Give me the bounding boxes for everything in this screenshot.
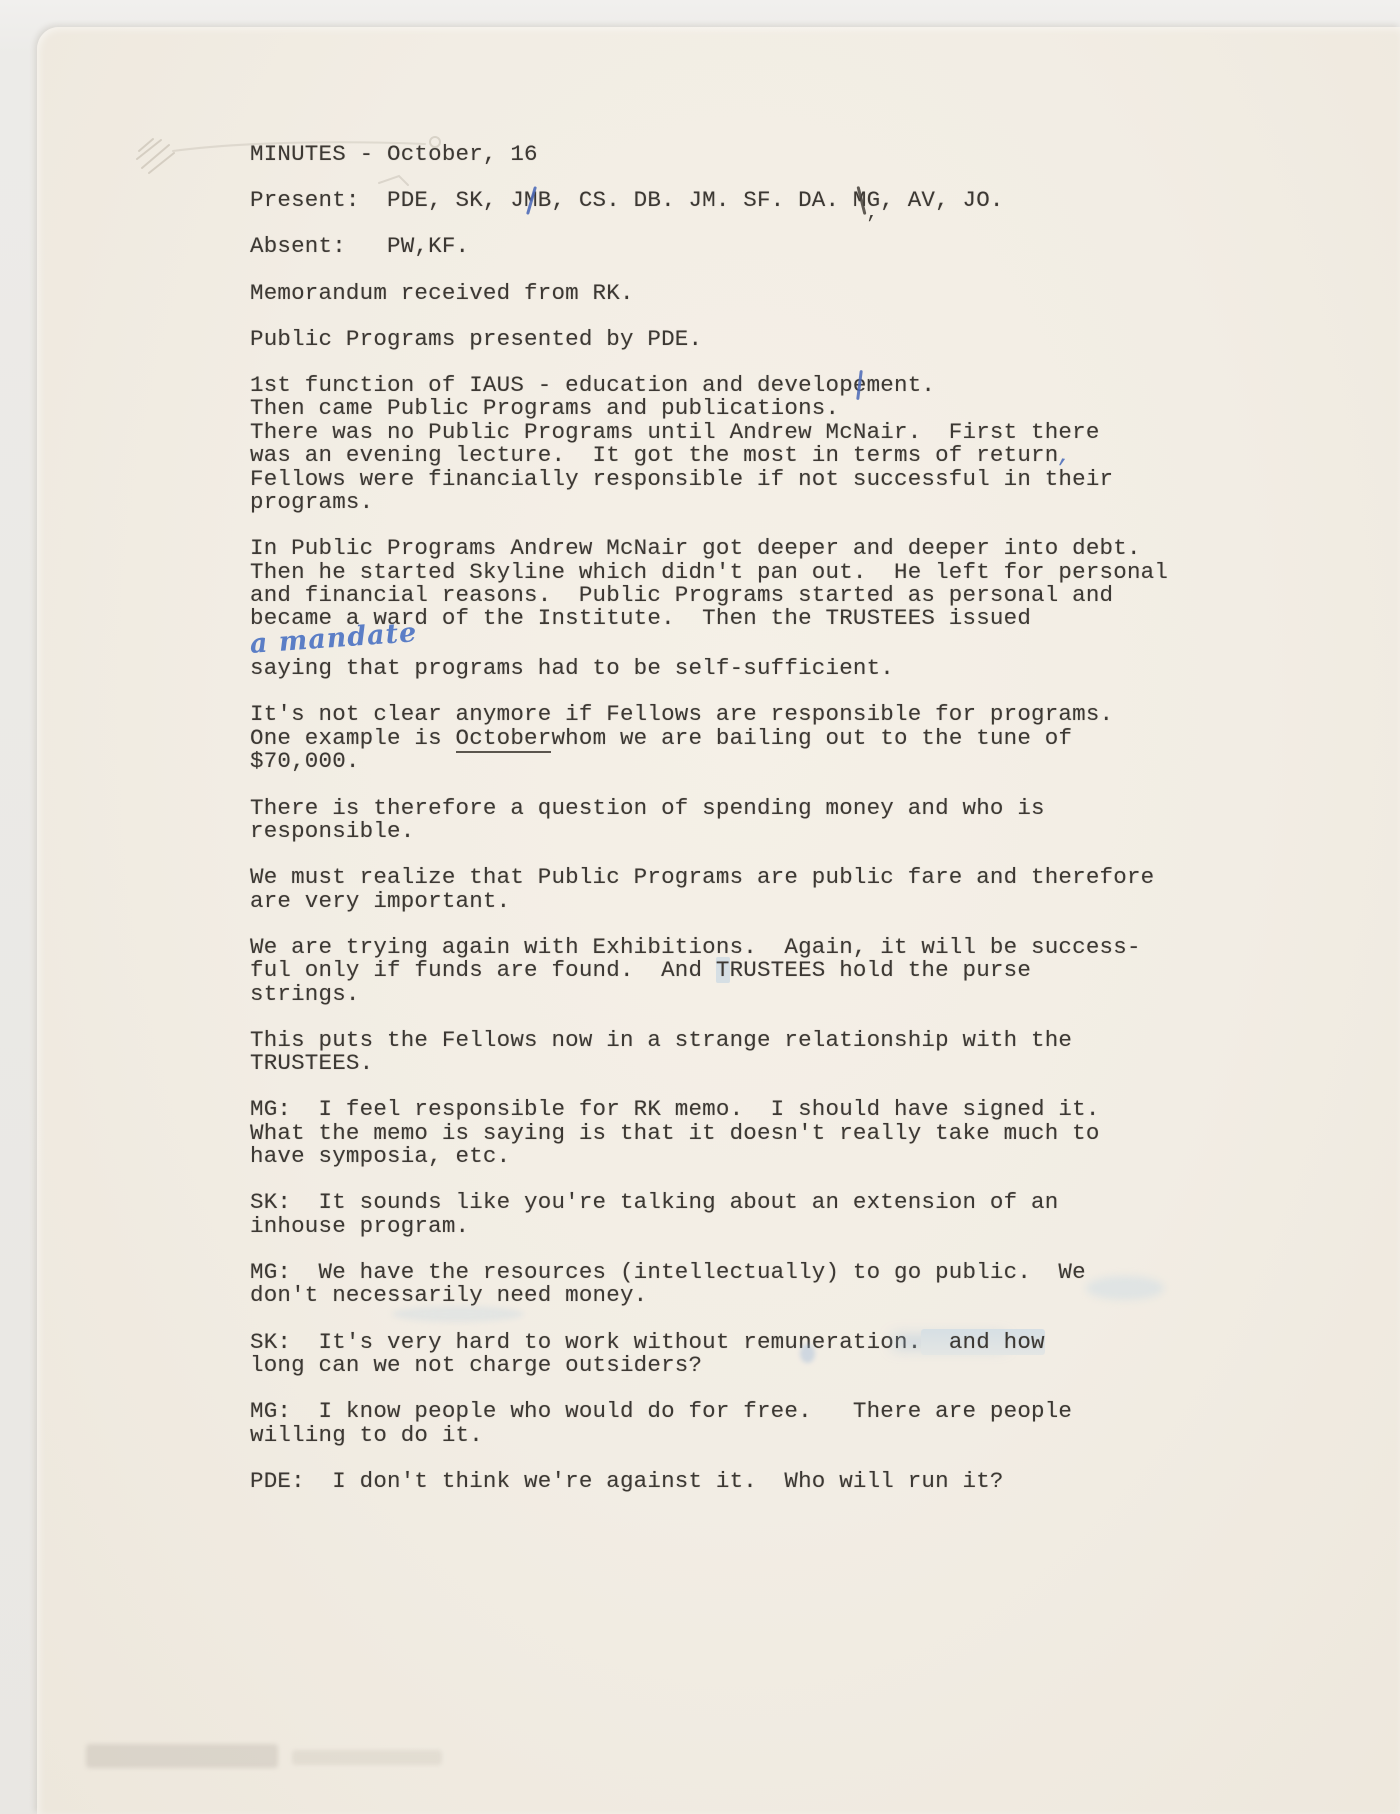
handwritten-tick: ’ — [865, 214, 877, 237]
minutes-title: MINUTES - October, 16 — [250, 143, 1210, 166]
underlined-october: October — [456, 725, 552, 753]
paper-sheet: MINUTES - October, 16 Present: PDE, SK, … — [37, 27, 1400, 1814]
absent-line: Absent: PW,KF. — [250, 235, 1210, 258]
paragraph-spending-question: There is therefore a question of spendin… — [250, 797, 1210, 844]
retyped-letter-t: T — [716, 957, 730, 983]
paragraph-october-bailout: It's not clear anymore if Fellows are re… — [250, 703, 1210, 773]
paragraph-public-fare: We must realize that Public Programs are… — [250, 866, 1210, 913]
public-programs-line: Public Programs presented by PDE. — [250, 328, 1210, 351]
paragraph-iaus-function: 1st function of IAUS - education and dev… — [250, 374, 1210, 514]
present-line: Present: PDE, SK, JMB, CS. DB. JM. SF. D… — [250, 189, 1210, 212]
paragraph-mg-free: MG: I know people who would do for free.… — [250, 1400, 1210, 1447]
present-tail: G, AV, JO. — [867, 187, 1004, 213]
paragraph-mg-memo: MG: I feel responsible for RK memo. I sh… — [250, 1098, 1210, 1168]
paragraph-mg-resources: MG: We have the resources (intellectuall… — [250, 1261, 1210, 1308]
handwritten-annotation-a-mandate: a mandate — [249, 621, 418, 656]
struck-letter-m-jmb: M — [524, 189, 538, 212]
typed-text-column: MINUTES - October, 16 Present: PDE, SK, … — [250, 143, 1210, 1516]
correction-patch-and-how: and how — [921, 1329, 1044, 1355]
paragraph-exhibitions: We are trying again with Exhibitions. Ag… — [250, 936, 1210, 1006]
memo-line: Memorandum received from RK. — [250, 282, 1210, 305]
scanned-document: MINUTES - October, 16 Present: PDE, SK, … — [0, 0, 1400, 1814]
present-pre: Present: PDE, SK, J — [250, 187, 524, 213]
paragraph-sk-remuneration: SK: It's very hard to work without remun… — [250, 1331, 1210, 1378]
present-mid: B, CS. DB. JM. SF. DA. — [538, 187, 853, 213]
paragraph-pde-run: PDE: I don't think we're against it. Who… — [250, 1470, 1210, 1493]
title-text: MINUTES - October, 16 — [250, 141, 538, 167]
overtyped-letter-m-mg: M’ — [853, 189, 867, 212]
paragraph-mcnair-debt: In Public Programs Andrew McNair got dee… — [250, 537, 1210, 680]
struck-extra-e: e — [853, 374, 867, 397]
paragraph-strange-relationship: This puts the Fellows now in a strange r… — [250, 1029, 1210, 1076]
paragraph-sk-extension: SK: It sounds like you're talking about … — [250, 1191, 1210, 1238]
